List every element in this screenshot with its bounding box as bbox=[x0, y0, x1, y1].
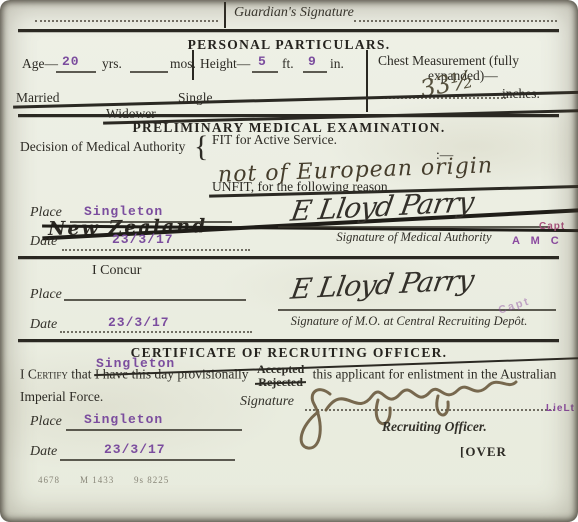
section-rule bbox=[18, 339, 559, 342]
in-label: in. bbox=[330, 56, 344, 72]
certify-body-1: that I have this day provisionally bbox=[71, 367, 248, 382]
date-label-concur: Date bbox=[30, 317, 57, 333]
mos-underline bbox=[130, 71, 168, 73]
i-concur-heading: I Concur bbox=[92, 263, 141, 279]
date-label-certificate: Date bbox=[30, 444, 57, 460]
age-label: Age— bbox=[22, 56, 58, 72]
over-label: [OVER bbox=[460, 444, 507, 460]
height-ft-underline bbox=[252, 71, 278, 73]
printer-mark-1: 4678 bbox=[38, 475, 60, 485]
height-in-underline bbox=[303, 71, 327, 73]
printer-mark-3: 9s 8225 bbox=[134, 475, 169, 485]
personal-particulars-title: PERSONAL PARTICULARS. bbox=[0, 37, 578, 53]
date-value-concur: 23/3/17 bbox=[108, 315, 170, 330]
height-ft-value: 5 bbox=[258, 54, 267, 69]
section-rule bbox=[18, 114, 559, 117]
married-option: Married bbox=[16, 90, 578, 106]
date-label-medical: Date bbox=[30, 234, 57, 250]
date-line-concur bbox=[60, 331, 252, 333]
place-line-medical bbox=[70, 221, 232, 223]
signature-label: Signature bbox=[240, 394, 294, 410]
single-option: Single. bbox=[178, 90, 216, 106]
guardian-signature-line bbox=[354, 20, 557, 22]
printer-mark-2: M 1433 bbox=[80, 475, 114, 485]
guardian-signature-label: Guardian's Signature bbox=[234, 5, 354, 21]
section-rule bbox=[18, 256, 559, 259]
place-label-medical: Place bbox=[30, 205, 62, 221]
age-underline bbox=[56, 71, 96, 73]
top-divider-line bbox=[224, 2, 226, 28]
place-label-certificate: Place bbox=[30, 414, 62, 430]
section-rule bbox=[18, 29, 559, 32]
amc-stamp: A M C bbox=[512, 235, 563, 247]
medical-signature-line bbox=[278, 226, 550, 228]
date-line-certificate bbox=[60, 459, 235, 461]
concur-signature-caption: Signature of M.O. at Central Recruiting … bbox=[260, 314, 558, 329]
date-value-certificate: 23/3/17 bbox=[104, 442, 166, 457]
decision-label: Decision of Medical Authority bbox=[20, 139, 185, 155]
brace-glyph: { bbox=[194, 130, 208, 164]
recruiting-officer-signature bbox=[290, 366, 520, 451]
height-label: Height— bbox=[200, 56, 250, 72]
yrs-label: yrs. bbox=[102, 56, 122, 72]
place-line-concur bbox=[64, 299, 246, 301]
date-line-medical bbox=[62, 249, 250, 251]
certificate-title: CERTIFICATE OF RECRUITING OFFICER. bbox=[0, 345, 578, 361]
ft-label: ft. bbox=[282, 56, 294, 72]
age-value: 20 bbox=[62, 54, 80, 69]
place-value-certificate: Singleton bbox=[84, 412, 163, 427]
certify-lead: I Certify bbox=[20, 367, 68, 382]
date-value-medical: 23/3/17 bbox=[112, 232, 174, 247]
chest-label-line1: Chest Measurement (fully bbox=[378, 53, 519, 69]
age-height-divider bbox=[192, 50, 194, 80]
fit-option: FIT for Active Service. bbox=[212, 132, 337, 148]
top-left-dotted-line bbox=[35, 20, 218, 22]
place-line-certificate bbox=[66, 429, 242, 431]
concur-signature: E Lloyd Parry bbox=[288, 263, 475, 305]
height-in-value: 9 bbox=[308, 54, 317, 69]
scanned-attestation-form: Guardian's Signature PERSONAL PARTICULAR… bbox=[0, 0, 578, 522]
place-label-concur: Place bbox=[30, 287, 62, 303]
place-value-medical: Singleton bbox=[84, 204, 163, 219]
recruiting-officer-caption: Recruiting Officer. bbox=[382, 419, 487, 435]
medical-signature-caption: Signature of Medical Authority bbox=[278, 230, 550, 245]
lieut-stamp: LieLt bbox=[546, 403, 575, 414]
capt-stamp: Capt bbox=[539, 221, 565, 232]
